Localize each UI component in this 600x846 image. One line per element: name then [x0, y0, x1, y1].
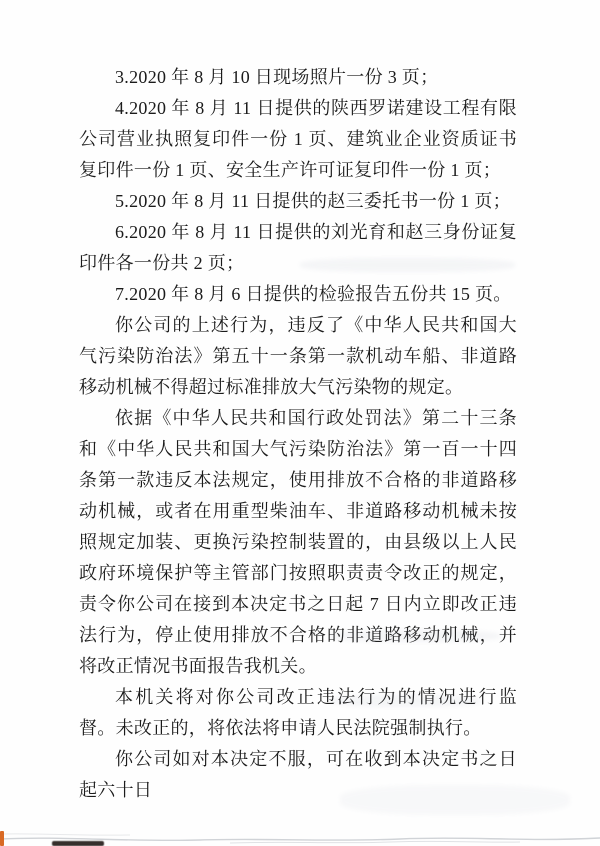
orange-speck-artifact [0, 831, 4, 846]
paragraph-evidence-item-6: 6.2020 年 8 月 11 日提供的刘光育和赵三身份证复印件各一份共 2 页… [79, 217, 517, 279]
dark-smudge-artifact [52, 841, 104, 846]
paragraph-appeal-notice: 你公司如对本决定不服，可在收到本决定书之日起六十日 [79, 744, 517, 806]
paragraph-supervision-notice: 本机关将对你公司改正违法行为的情况进行监督。未改正的，将依法将申请人民法院强制执… [79, 682, 517, 744]
paragraph-evidence-item-4: 4.2020 年 8 月 11 日提供的陕西罗诺建设工程有限公司营业执照复印件一… [79, 93, 517, 186]
document-page: 3.2020 年 8 月 10 日现场照片一份 3 页； 4.2020 年 8 … [0, 0, 600, 846]
paragraph-violation-statement: 你公司的上述行为，违反了《中华人民共和国大气污染防治法》第五十一条第一款机动车船… [79, 310, 517, 403]
document-text-block: 3.2020 年 8 月 10 日现场照片一份 3 页； 4.2020 年 8 … [79, 62, 517, 806]
paragraph-evidence-item-5: 5.2020 年 8 月 11 日提供的赵三委托书一份 1 页； [79, 186, 517, 217]
paragraph-legal-basis: 依据《中华人民共和国行政处罚法》第二十三条和《中华人民共和国大气污染防治法》第一… [79, 403, 517, 682]
paragraph-evidence-item-7: 7.2020 年 8 月 6 日提供的检验报告五份共 15 页。 [79, 279, 517, 310]
paragraph-evidence-item-3: 3.2020 年 8 月 10 日现场照片一份 3 页； [79, 62, 517, 93]
